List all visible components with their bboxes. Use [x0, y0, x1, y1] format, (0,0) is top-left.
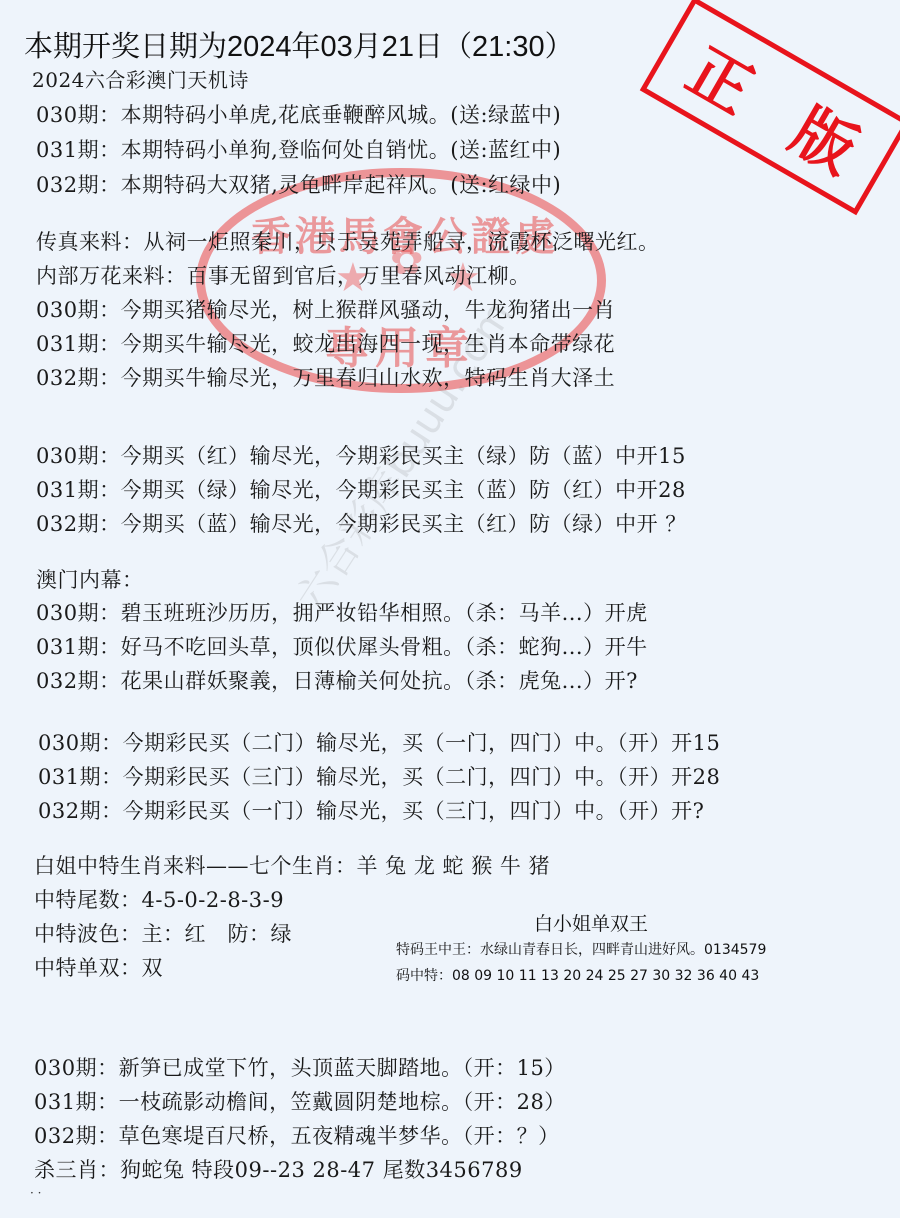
box-line: 码中特：08 09 10 11 13 20 24 25 27 30 32 36 … [396, 965, 759, 985]
macau-line: 031期：好马不吃回头草，顶似伏犀头骨粗。（杀：蛇狗...）开牛 [36, 633, 648, 661]
poem-line: 032期：本期特码大双猪,灵龟畔岸起祥风。(送:红绿中) [36, 171, 561, 199]
door-line: 031期：今期彩民买（三门）输尽光，买（二门，四门）中。（开）开28 [38, 763, 720, 791]
final-line: 031期：一枝疏影动檐间，笠戴圆阴楚地棕。（开：28） [34, 1088, 566, 1116]
color-line: 032期：今期买（蓝）输尽光，今期彩民买主（红）防（绿）中开 ？ [36, 510, 687, 538]
stamp-char: 版 [778, 82, 876, 190]
zodiac-line: 白姐中特生肖来料——七个生肖：羊 兔 龙 蛇 猴 牛 猪 [34, 852, 550, 880]
macau-line: 032期：花果山群妖聚義，日薄榆关何处抗。（杀：虎兔...）开? [36, 667, 638, 695]
page-subtitle: 2024六合彩澳门天机诗 [32, 66, 249, 94]
color-line: 031期：今期买（绿）输尽光，今期彩民买主（蓝）防（红）中开28 [36, 476, 686, 504]
box-title: 白小姐单双王 [534, 909, 648, 936]
final-line: 030期：新笋已成堂下竹，头顶蓝天脚踏地。（开：15） [34, 1054, 566, 1082]
stamp-char: 正 [674, 22, 772, 130]
odd-even-line: 中特单双：双 [34, 954, 163, 982]
wave-color-line: 中特波色：主：红 防：绿 [34, 920, 292, 948]
footer-dots: · · [30, 1186, 41, 1200]
door-line: 032期：今期彩民买（一门）输尽光，买（三门，四门）中。（开）开? [38, 797, 704, 825]
door-line: 030期：今期彩民买（二门）输尽光，买（一门，四门）中。（开）开15 [38, 729, 720, 757]
poem-line: 030期：本期特码小单虎,花底垂鞭醉风城。(送:绿蓝中) [36, 101, 561, 129]
fax-line: 030期：今期买猪输尽光，树上猴群风骚动，牛龙狗猪出一肖 [36, 296, 615, 324]
box-line: 特码王中王：水绿山青春日长，四畔青山进好风。0134579 [396, 939, 766, 959]
poem-line: 031期：本期特码小单狗,登临何处自销忧。(送:蓝红中) [36, 136, 561, 164]
fax-line: 内部万花来料：百事无留到官后，万里春风动江柳。 [36, 262, 531, 290]
macau-line: 030期：碧玉班班沙历历，拥严妆铅华相照。（杀：马羊...）开虎 [36, 599, 648, 627]
fax-line: 传真来料：从祠一炬照秦川，只于吴苑弄船寻，流霞杯泛曙光红。 [36, 228, 660, 256]
fax-line: 031期：今期买牛输尽光，蛟龙出海四一现，生肖本命带绿花 [36, 330, 615, 358]
authentic-stamp: 正 版 [640, 0, 900, 215]
macau-label: 澳门内幕： [36, 566, 144, 594]
fax-line: 032期：今期买牛输尽光，万里春归山水欢，特码生肖大泽土 [36, 364, 615, 392]
kill-three-line: 杀三肖：狗蛇兔 特段09--23 28-47 尾数3456789 [34, 1156, 523, 1184]
tail-number-line: 中特尾数：4-5-0-2-8-3-9 [34, 886, 284, 914]
page-title: 本期开奖日期为2024年03月21日（21:30） [24, 24, 574, 65]
color-line: 030期：今期买（红）输尽光，今期彩民买主（绿）防（蓝）中开15 [36, 442, 686, 470]
final-line: 032期：草色寒堤百尺桥，五夜精魂半梦华。（开：？） [34, 1122, 560, 1150]
